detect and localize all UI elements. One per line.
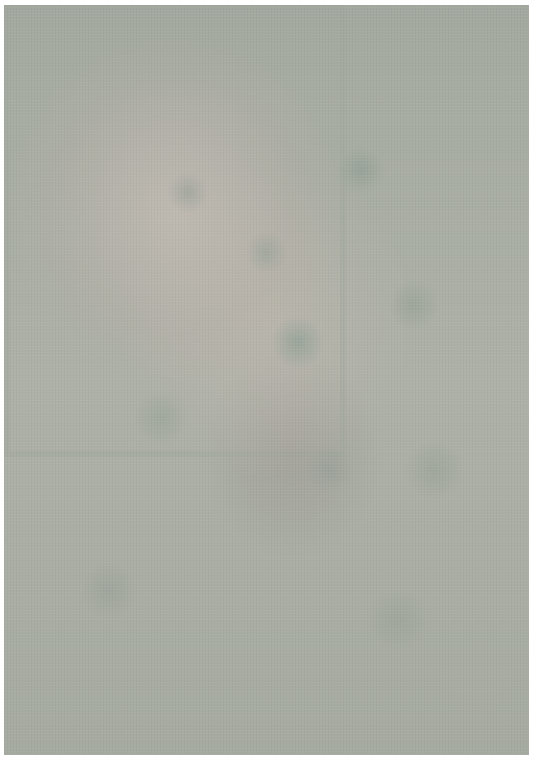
- rug-image: [4, 5, 529, 755]
- rug-weave-texture: [4, 5, 529, 755]
